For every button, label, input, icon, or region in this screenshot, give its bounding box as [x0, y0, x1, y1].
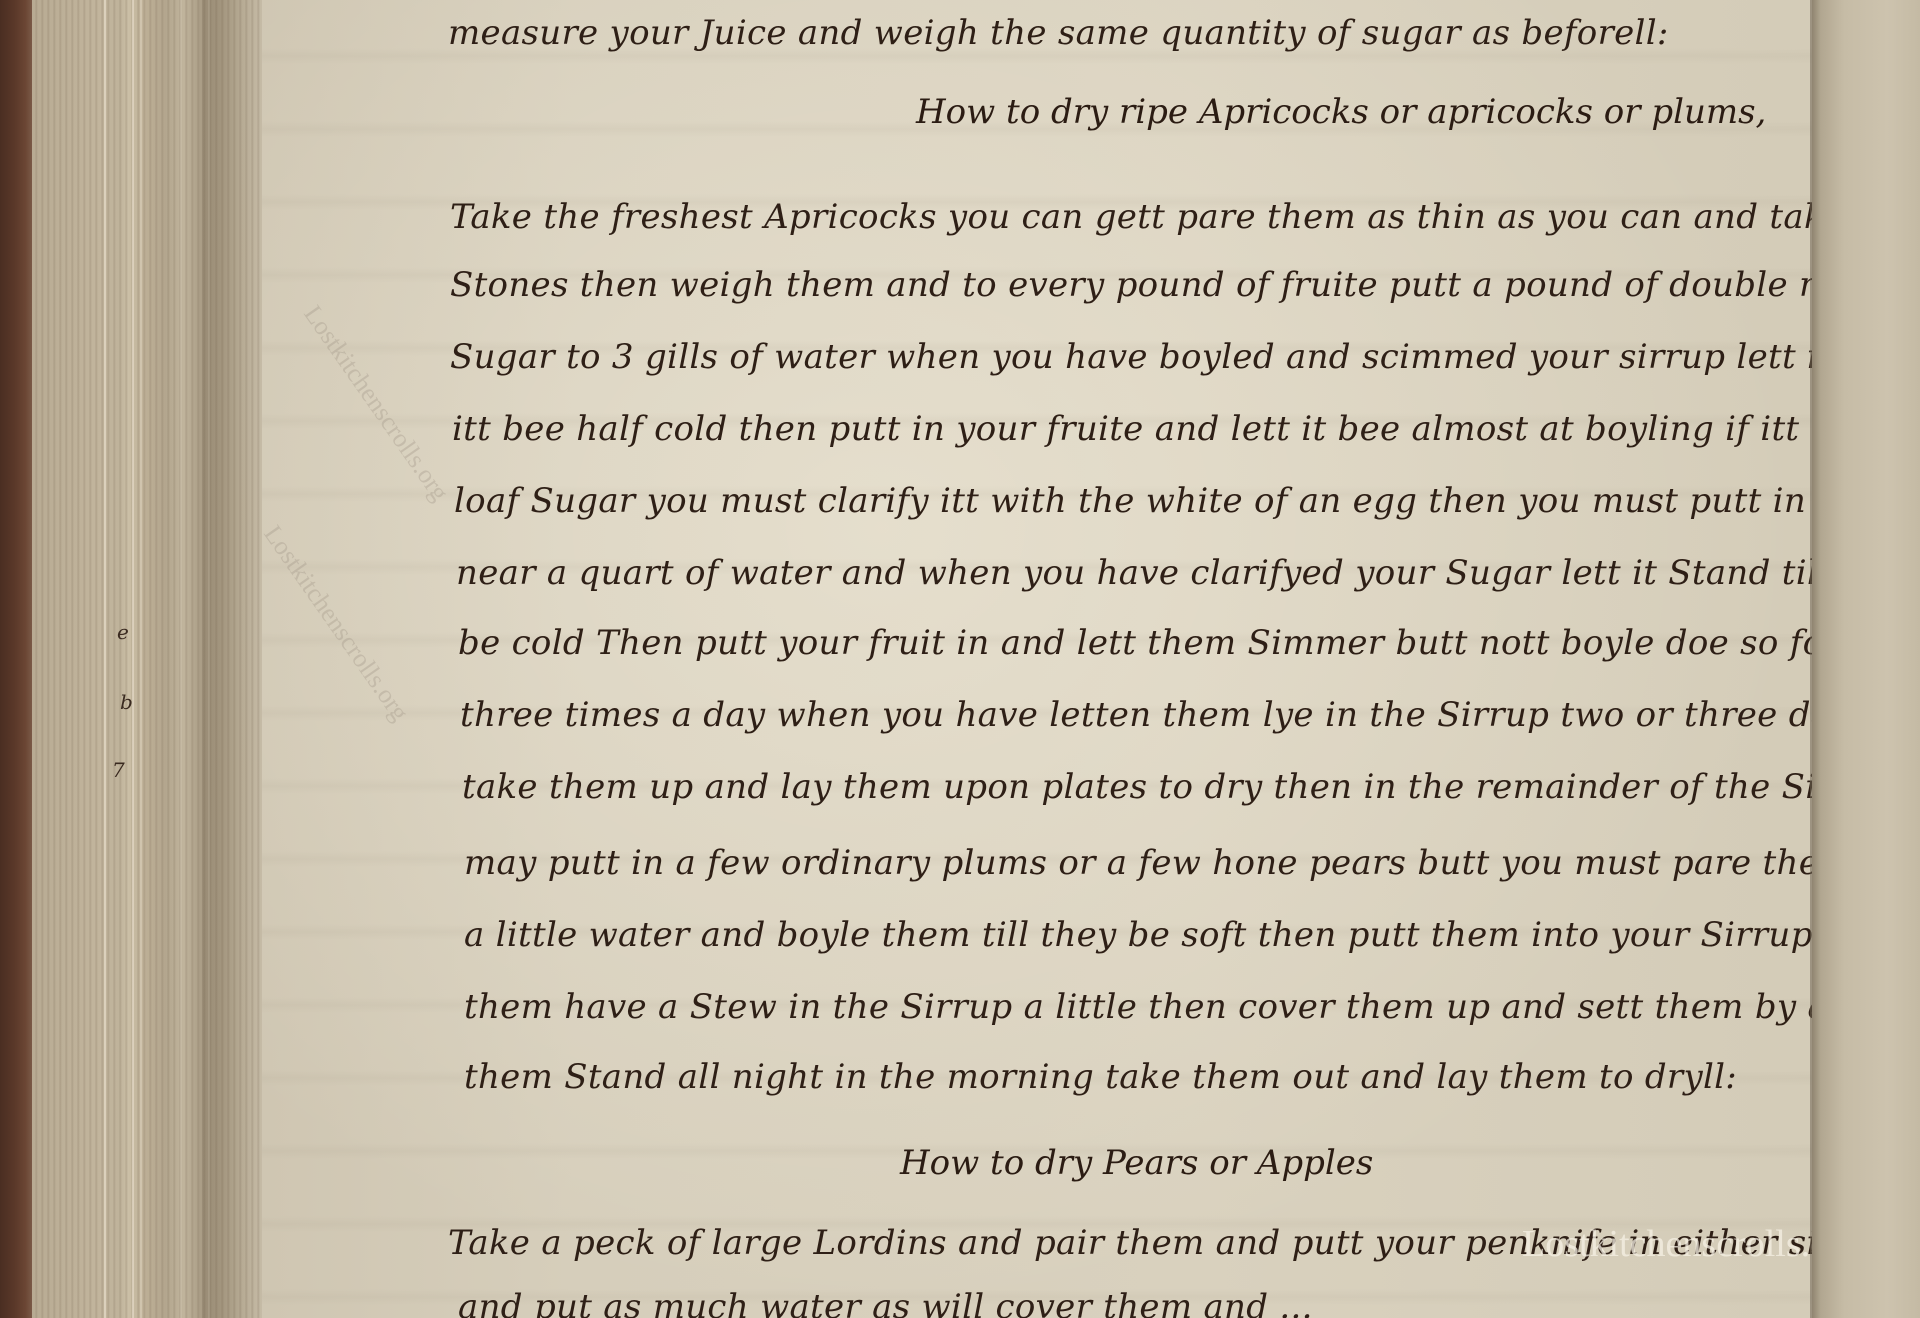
manuscript-line: them Stand all night in the morning take…	[464, 1060, 1737, 1094]
page-edge-line	[140, 0, 142, 1318]
manuscript-line: loaf Sugar you must clarify itt with the…	[454, 484, 1893, 518]
manuscript-line: Sugar to 3 gills of water when you have …	[450, 340, 1920, 374]
manuscript-line: them have a Stew in the Sirrup a little …	[464, 990, 1920, 1024]
manuscript-line: be cold Then putt your fruit in and lett…	[458, 626, 1920, 660]
manuscript-line: a little water and boyle them till they …	[464, 918, 1920, 952]
manuscript-line: near a quart of water and when you have …	[456, 556, 1866, 590]
margin-mark: 7	[112, 758, 125, 782]
next-page-edge	[1812, 0, 1920, 1318]
margin-mark: e	[117, 620, 129, 644]
recipe-heading: How to dry Pears or Apples	[900, 1146, 1373, 1180]
book-gutter: e b 7	[32, 0, 262, 1318]
manuscript-line: Stones then weigh them and to every poun…	[450, 268, 1920, 302]
manuscript-line: itt bee half cold then putt in your frui…	[452, 412, 1873, 446]
page-edge-line	[132, 0, 134, 1318]
manuscript-page: Lostkitchenscrolls.org Lostkitchenscroll…	[262, 0, 1812, 1318]
leather-binding	[0, 0, 32, 1318]
manuscript-line: and put as much water as will cover them…	[458, 1290, 1313, 1318]
manuscript-line: Take the freshest Apricocks you can gett…	[450, 200, 1920, 234]
manuscript-line: measure your Juice and weigh the same qu…	[448, 16, 1669, 50]
manuscript-line: may putt in a few ordinary plums or a fe…	[464, 846, 1920, 880]
margin-mark: b	[120, 690, 133, 714]
manuscript-scan: e b 7 Lostkitchenscrolls.org Lostkitchen…	[0, 0, 1920, 1318]
manuscript-line: take them up and lay them upon plates to…	[462, 770, 1920, 804]
recipe-heading: How to dry ripe Apricocks or apricocks o…	[916, 95, 1766, 129]
page-edge-line	[104, 0, 106, 1318]
manuscript-line: three times a day when you have letten t…	[460, 698, 1920, 732]
page-edge-line	[180, 0, 182, 1318]
